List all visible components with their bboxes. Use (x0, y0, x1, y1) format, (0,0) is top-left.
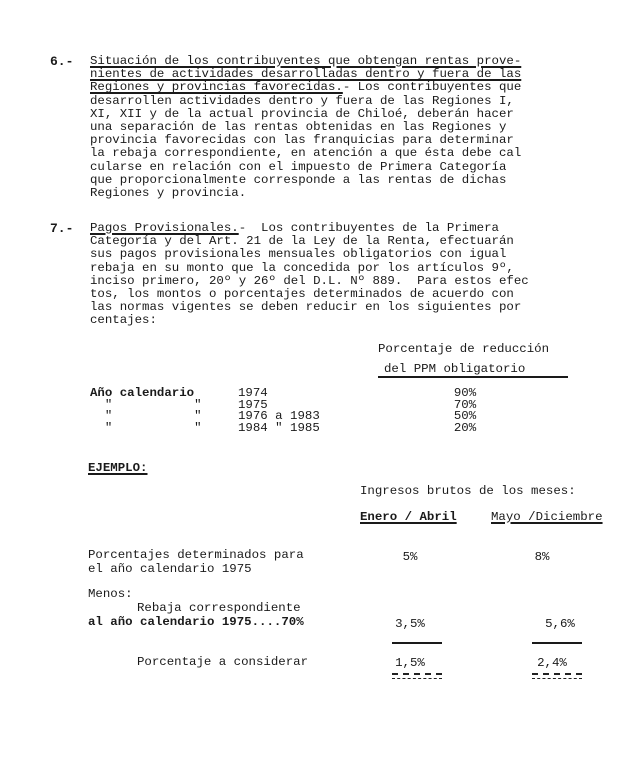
row1-label-line2: el año calendario 1975 (88, 562, 252, 576)
subtotal-rule-1 (392, 642, 442, 644)
text-line: Regiones y provincia. (90, 187, 521, 200)
body-text: sus pagos provisionales mensuales obliga… (90, 247, 506, 261)
reduction-header-line1: Porcentaje de reducción (378, 342, 549, 356)
body-text: centajes: (90, 313, 157, 327)
body-text: XI, XII y de la actual provincia de Chil… (90, 107, 514, 121)
underlined-heading: Situación de los contribuyentes que obte… (90, 54, 521, 68)
body-text: que proporcionalmente corresponde a las … (90, 173, 506, 187)
column-mayo-diciembre: Mayo /Diciembre (491, 510, 603, 524)
reduction-header-line2: del PPM obligatorio (384, 362, 525, 376)
body-text: Regiones y provincia. (90, 186, 246, 200)
row-label: " " (90, 421, 202, 435)
body-text: cularse en relación con el impuesto de P… (90, 160, 506, 174)
body-text: la rebaja correspondiente, en atención a… (90, 146, 521, 160)
header-underline (378, 376, 568, 378)
body-text: - Los contribuyentes que (343, 80, 521, 94)
text-line: centajes: (90, 314, 529, 327)
total-double-rule-1 (392, 673, 442, 679)
row2-value-mayo-diciembre: 5,6% (530, 617, 590, 631)
underlined-heading: nientes de actividades desarrolladas den… (90, 67, 521, 81)
row1-label-line1: Porcentajes determinados para (88, 548, 304, 562)
body-text: las normas vigentes se deben reducir en … (90, 300, 521, 314)
row-years: 1984 " 1985 (238, 421, 320, 435)
underlined-heading: Regiones y provincias favorecidas. (90, 80, 343, 94)
row3-value-mayo-diciembre: 2,4% (522, 656, 582, 670)
body-text: inciso primero, 20º y 26º del D.L. Nº 88… (90, 274, 529, 288)
row1-value-mayo-diciembre: 8% (512, 550, 572, 564)
row3-value-enero-abril: 1,5% (380, 656, 440, 670)
income-header: Ingresos brutos de los meses: (360, 484, 576, 498)
subtotal-rule-2 (532, 642, 582, 644)
underlined-heading: Pagos Provisionales. (90, 221, 239, 235)
body-text: rebaja en su monto que la concedida por … (90, 261, 514, 275)
body-text: provincia favorecidas con las franquicia… (90, 133, 514, 147)
row3-label: Porcentaje a considerar (137, 655, 308, 669)
menos-label: Menos: (88, 587, 133, 601)
section-7-paragraph: Pagos Provisionales.- Los contribuyentes… (90, 222, 529, 328)
row2-value-enero-abril: 3,5% (380, 617, 440, 631)
section-7-number: 7.- (50, 221, 73, 236)
example-title: EJEMPLO: (88, 461, 148, 475)
row1-value-enero-abril: 5% (380, 550, 440, 564)
body-text: - Los contribuyentes de la Primera (239, 221, 499, 235)
column-enero-abril: Enero / Abril (360, 510, 457, 524)
row2-label-line1: Rebaja correspondiente (137, 601, 301, 615)
body-text: tos, los montos o porcentajes determinad… (90, 287, 514, 301)
body-text: una separación de las rentas obtenidas e… (90, 120, 506, 134)
section-6-paragraph: Situación de los contribuyentes que obte… (90, 55, 521, 200)
row2-label-line2: al año calendario 1975....70% (88, 615, 304, 629)
row-percent: 20% (440, 421, 490, 435)
body-text: desarrollen actividades dentro y fuera d… (90, 94, 514, 108)
document-page: 6.- Situación de los contribuyentes que … (0, 0, 630, 766)
section-6-number: 6.- (50, 54, 73, 69)
body-text: Categoría y del Art. 21 de la Ley de la … (90, 234, 514, 248)
total-double-rule-2 (532, 673, 582, 679)
